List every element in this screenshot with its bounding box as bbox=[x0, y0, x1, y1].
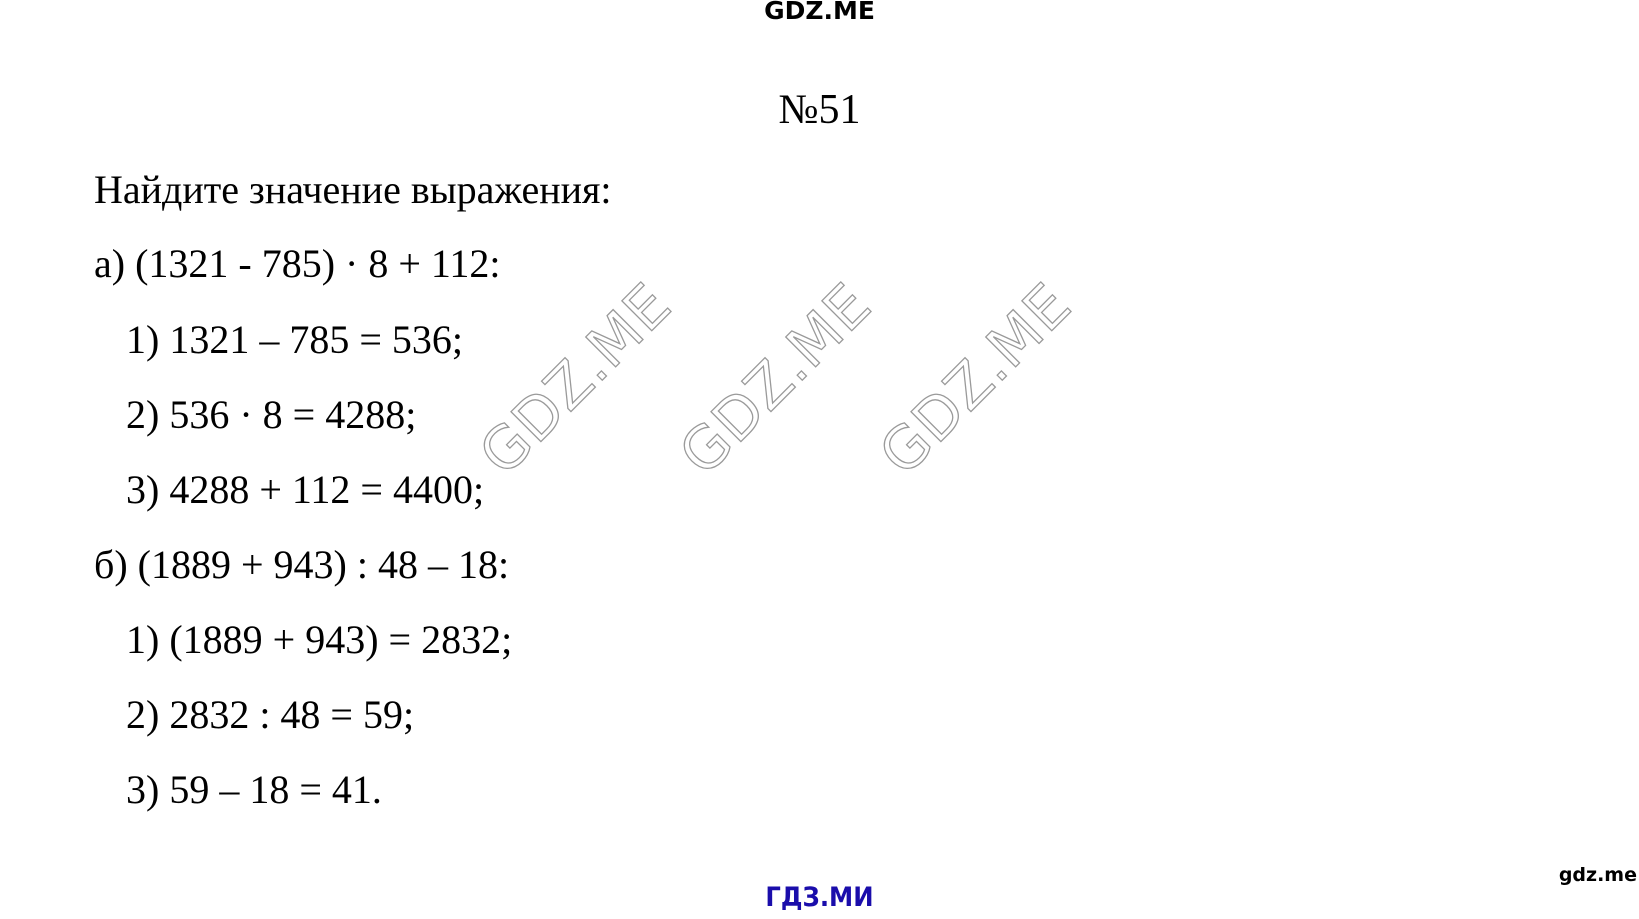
footer-logo: ГДЗ.МИ bbox=[82, 882, 1557, 913]
part-b-step-3: 3) 59 – 18 = 41. bbox=[126, 766, 382, 814]
part-a-expression: а) (1321 - 785) · 8 + 112: bbox=[94, 240, 501, 288]
watermark: GDZ.ME bbox=[466, 270, 684, 488]
task-number: №51 bbox=[0, 86, 1639, 134]
header-logo: GDZ.ME bbox=[0, 0, 1639, 25]
task-prompt: Найдите значение выражения: bbox=[94, 166, 612, 214]
part-b-expression: б) (1889 + 943) : 48 – 18: bbox=[94, 541, 509, 589]
watermark: GDZ.ME bbox=[866, 270, 1084, 488]
part-a-step-3: 3) 4288 + 112 = 4400; bbox=[126, 466, 484, 514]
corner-logo: gdz.me bbox=[1559, 864, 1637, 886]
watermark: GDZ.ME bbox=[666, 270, 884, 488]
part-a-step-1: 1) 1321 – 785 = 536; bbox=[126, 316, 463, 364]
part-b-step-1: 1) (1889 + 943) = 2832; bbox=[126, 616, 512, 664]
part-b-step-2: 2) 2832 : 48 = 59; bbox=[126, 691, 414, 739]
part-a-step-2: 2) 536 · 8 = 4288; bbox=[126, 391, 416, 439]
